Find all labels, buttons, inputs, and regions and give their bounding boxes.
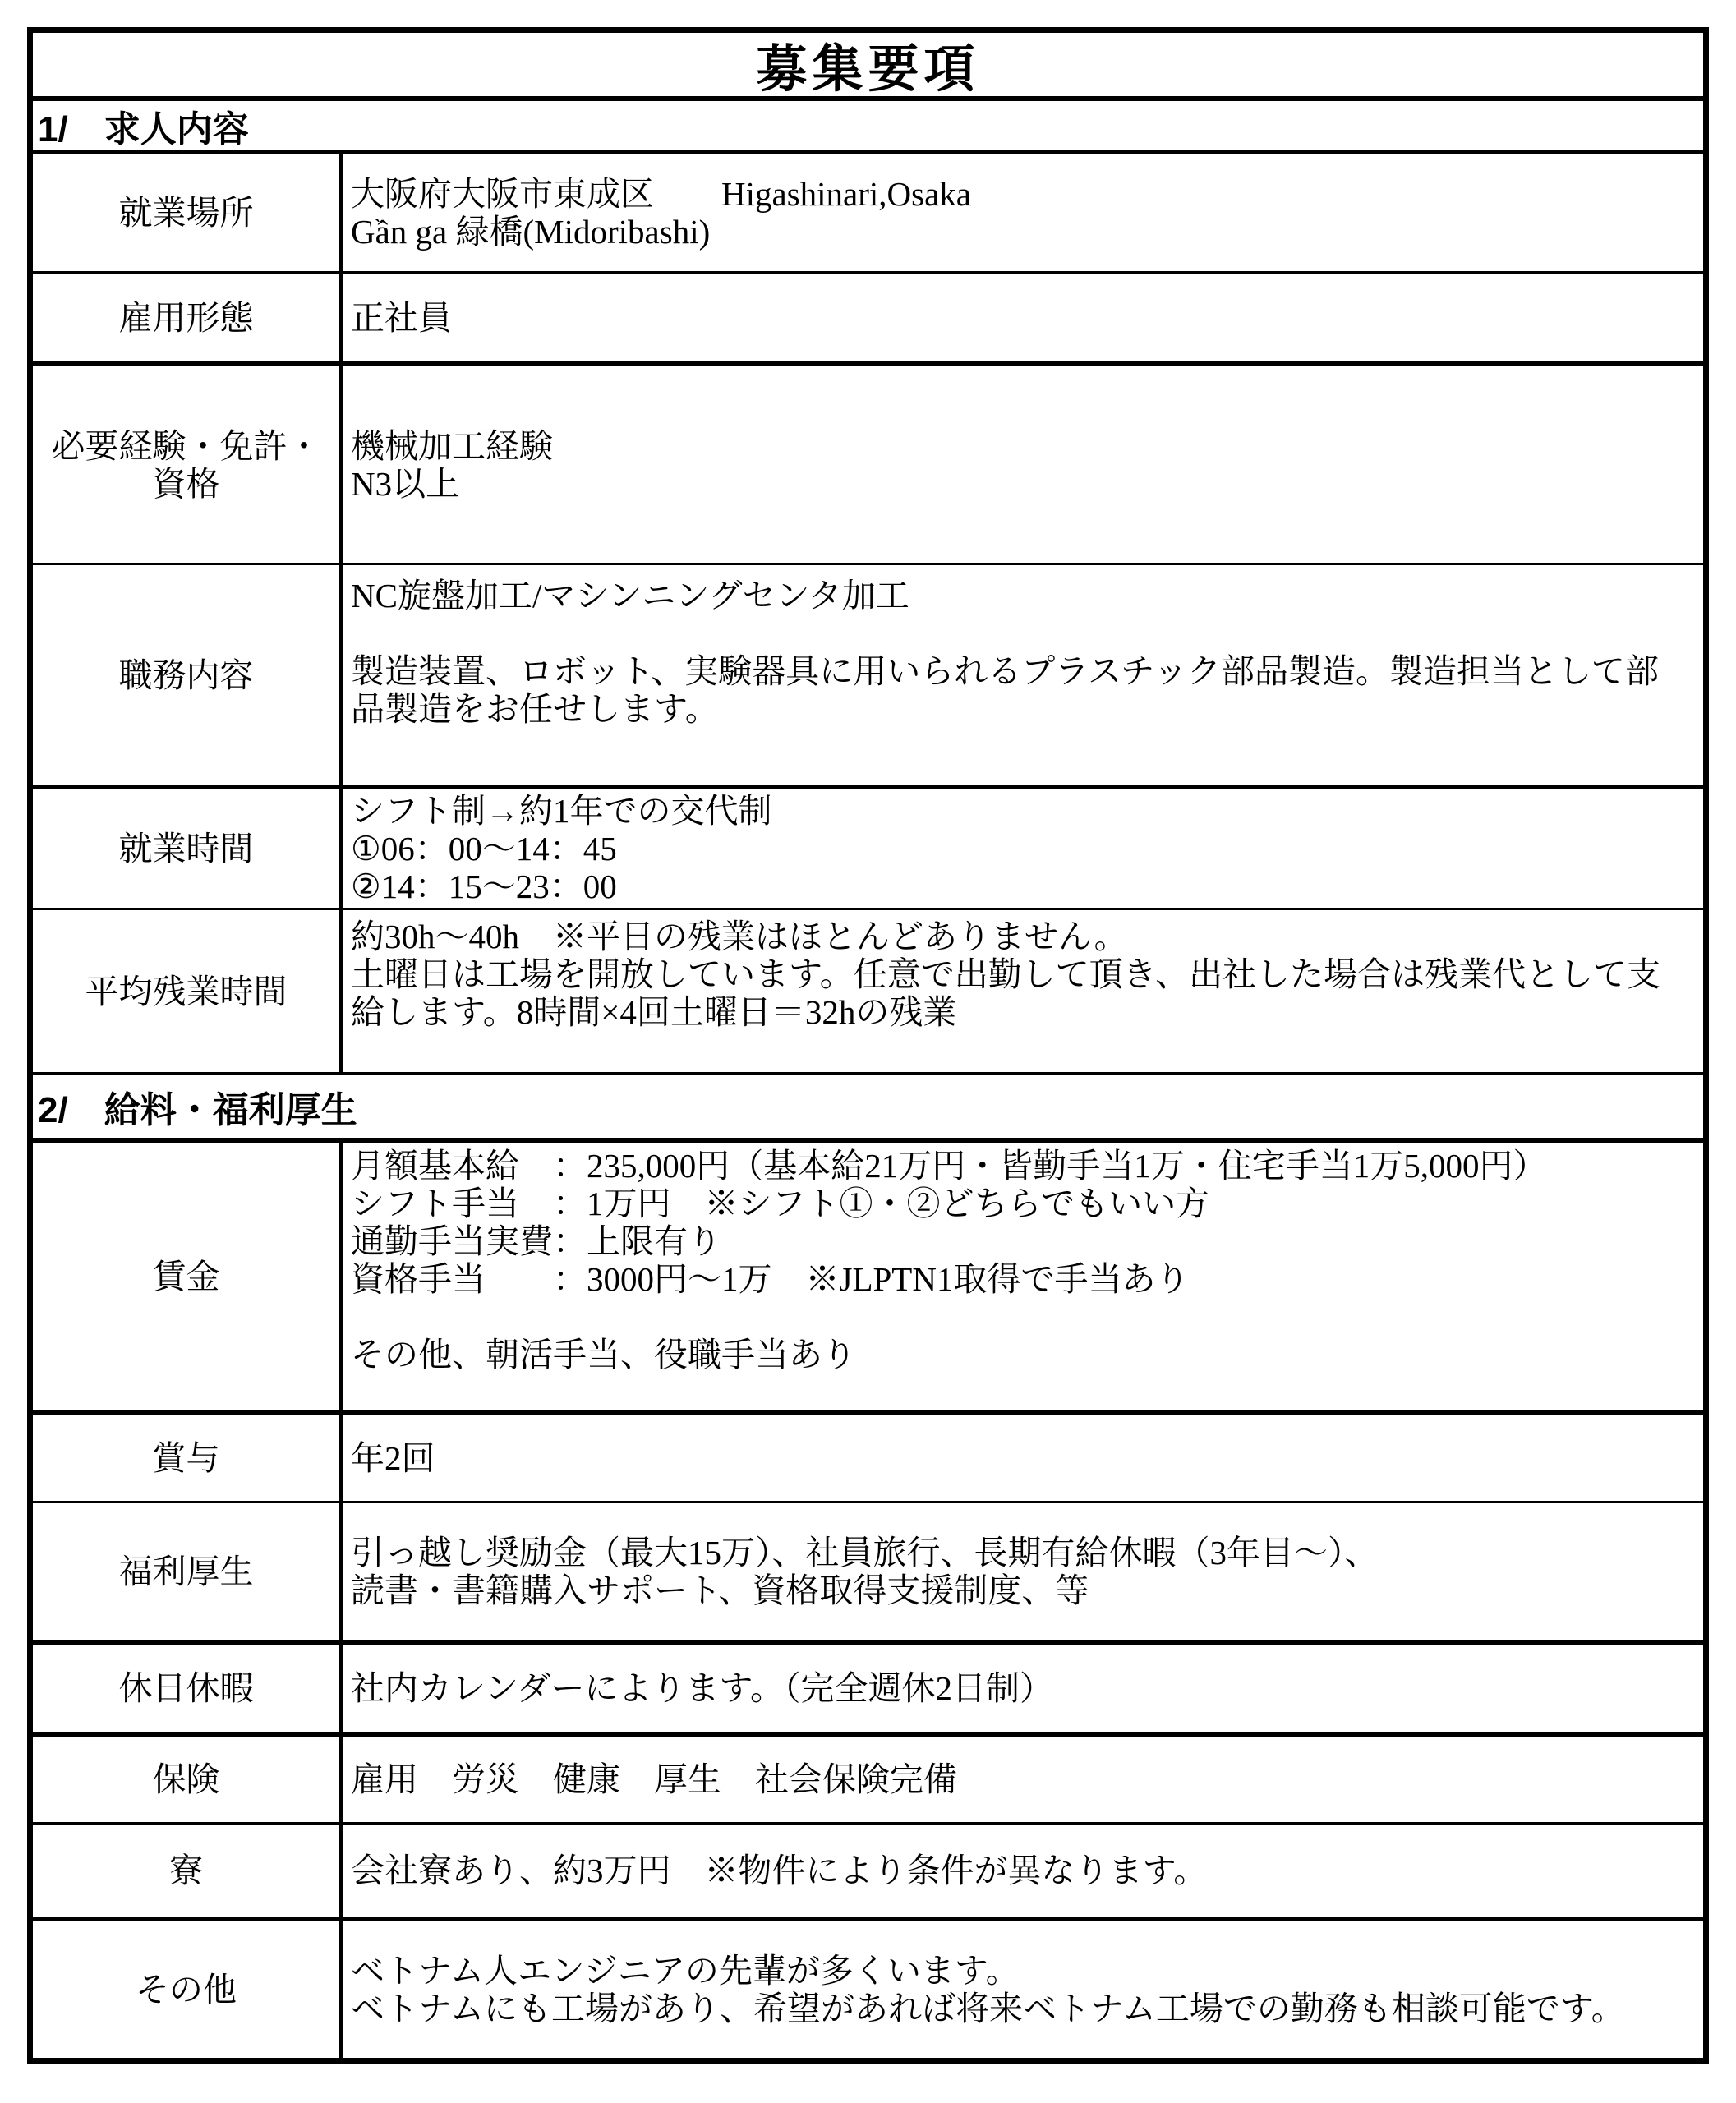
row-workplace-label: 就業場所 [33,154,343,271]
row-other: その他 ベトナム人エンジニアの先輩が多くいます。 ベトナムにも工場があり、希望が… [33,1917,1703,2058]
row-wage-value: 月額基本給 ：235,000円（基本給21万円・皆勤手当1万・住宅手当1万5,0… [343,1143,1703,1410]
row-insurance-value: 雇用 労災 健康 厚生 社会保険完備 [343,1737,1703,1822]
row-wage-label: 賃金 [33,1143,343,1410]
row-insurance-label: 保険 [33,1737,343,1822]
row-working-hours-value: シフト制→約1年での交代制 ①06：00～14：45 ②14：15～23：00 [343,789,1703,908]
row-average-overtime: 平均残業時間 約30h～40h ※平日の残業はほとんどありません。 土曜日は工場… [33,908,1703,1072]
row-job-description: 職務内容 NC旋盤加工/マシンニングセンタ加工 製造装置、ロボット、実験器具に用… [33,563,1703,785]
row-bonus-label: 賞与 [33,1415,343,1501]
row-job-description-value: NC旋盤加工/マシンニングセンタ加工 製造装置、ロボット、実験器具に用いられるプ… [343,565,1703,785]
row-requirements: 必要経験・免許・ 資格 機械加工経験 N3以上 [33,361,1703,563]
row-average-overtime-value: 約30h～40h ※平日の残業はほとんどありません。 土曜日は工場を開放していま… [343,910,1703,1072]
row-employment-type-label: 雇用形態 [33,274,343,361]
row-bonus-value: 年2回 [343,1415,1703,1501]
row-benefits-value: 引っ越し奨励金（最大15万）、社員旅行、長期有給休暇（3年目～）、 読書・書籍購… [343,1503,1703,1640]
row-holidays-value: 社内カレンダーによります。（完全週休2日制） [343,1645,1703,1732]
row-employment-type-value: 正社員 [343,274,1703,361]
row-other-value: ベトナム人エンジニアの先輩が多くいます。 ベトナムにも工場があり、希望があれば将… [343,1921,1703,2058]
section-2-heading: 2/ 給料・福利厚生 [33,1072,1703,1138]
row-other-label: その他 [33,1921,343,2058]
recruitment-notice-page: 募集要項 1/ 求人内容 就業場所 大阪府大阪市東成区 Higashinari,… [0,0,1736,2103]
row-dormitory-value: 会社寮あり、約3万円 ※物件により条件が異なります。 [343,1825,1703,1917]
row-dormitory: 寮 会社寮あり、約3万円 ※物件により条件が異なります。 [33,1822,1703,1917]
row-working-hours-label: 就業時間 [33,789,343,908]
row-dormitory-label: 寮 [33,1825,343,1917]
row-working-hours: 就業時間 シフト制→約1年での交代制 ①06：00～14：45 ②14：15～2… [33,785,1703,908]
row-benefits: 福利厚生 引っ越し奨励金（最大15万）、社員旅行、長期有給休暇（3年目～）、 読… [33,1501,1703,1640]
row-workplace: 就業場所 大阪府大阪市東成区 Higashinari,Osaka Gần ga … [33,150,1703,271]
row-wage: 賃金 月額基本給 ：235,000円（基本給21万円・皆勤手当1万・住宅手当1万… [33,1138,1703,1410]
row-workplace-value: 大阪府大阪市東成区 Higashinari,Osaka Gần ga 緑橋(Mi… [343,154,1703,271]
row-requirements-label: 必要経験・免許・ 資格 [33,366,343,563]
page-title: 募集要項 [33,33,1703,96]
recruitment-table: 募集要項 1/ 求人内容 就業場所 大阪府大阪市東成区 Higashinari,… [27,27,1709,2064]
section-1-heading: 1/ 求人内容 [33,96,1703,150]
row-employment-type: 雇用形態 正社員 [33,271,1703,361]
row-average-overtime-label: 平均残業時間 [33,910,343,1072]
row-requirements-value: 機械加工経験 N3以上 [343,366,1703,563]
row-holidays: 休日休暇 社内カレンダーによります。（完全週休2日制） [33,1640,1703,1732]
row-job-description-label: 職務内容 [33,565,343,785]
row-benefits-label: 福利厚生 [33,1503,343,1640]
row-bonus: 賞与 年2回 [33,1410,1703,1501]
row-insurance: 保険 雇用 労災 健康 厚生 社会保険完備 [33,1732,1703,1822]
row-holidays-label: 休日休暇 [33,1645,343,1732]
